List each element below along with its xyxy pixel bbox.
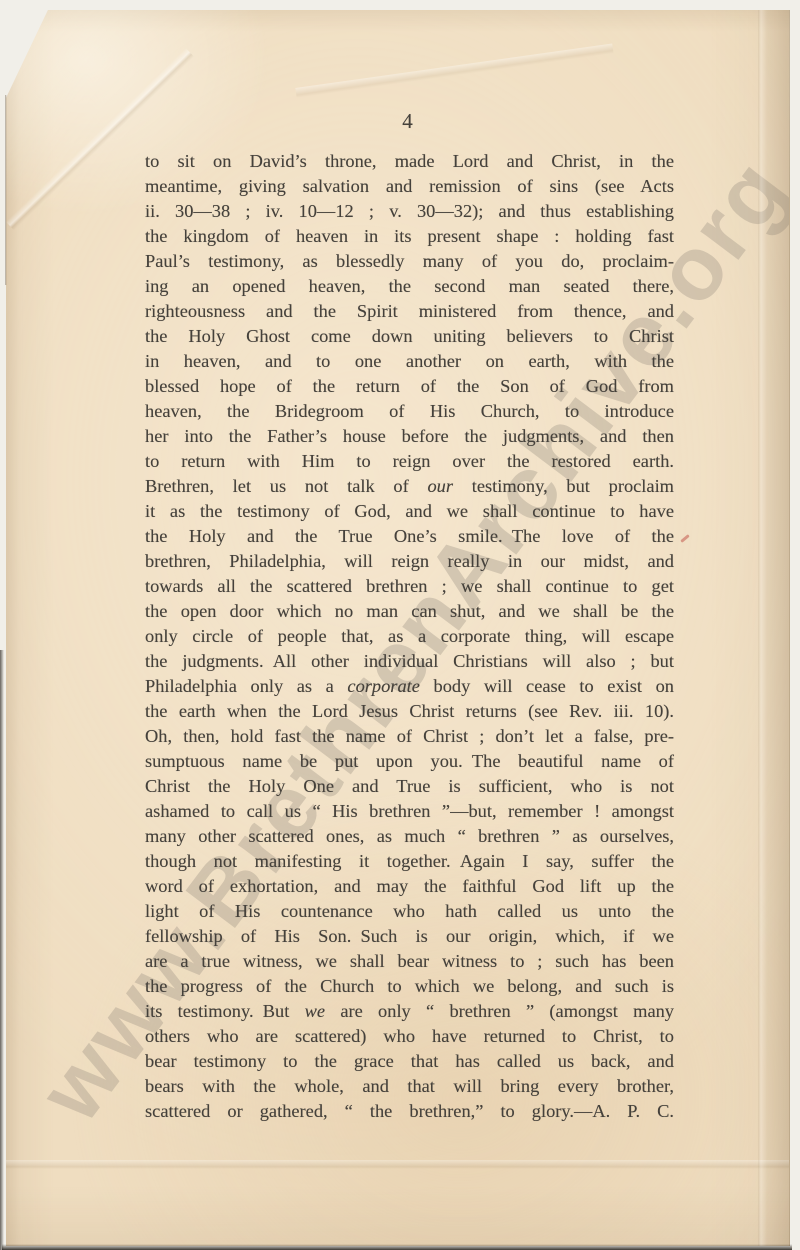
text-line: blessed hope of the return of the Son of… — [145, 374, 674, 399]
text-line: ing an opened heaven, the second man sea… — [145, 274, 674, 299]
text-line: ii. 30—38 ; iv. 10—12 ; v. 30—32); and t… — [145, 199, 674, 224]
paper-crease-bottom — [6, 1160, 789, 1169]
scan-edge-shadow-bottom — [2, 1244, 792, 1250]
text-line: Christ the Holy One and True is sufficie… — [145, 774, 674, 799]
red-pencil-mark — [680, 534, 690, 543]
text-line: the kingdom of heaven in its present sha… — [145, 224, 674, 249]
text-line: the open door which no man can shut, and… — [145, 599, 674, 624]
scanned-document: www.BrethrenArchive.org 4 to sit on Davi… — [0, 0, 800, 1250]
paper-page: www.BrethrenArchive.org 4 to sit on Davi… — [6, 10, 790, 1246]
text-line: are a true witness, we shall bear witnes… — [145, 949, 674, 974]
text-line: the Holy and the True One’s smile. The l… — [145, 524, 674, 549]
scan-edge-shadow-left — [0, 650, 4, 1250]
text-line: scattered or gathered, “ the brethren,” … — [145, 1099, 674, 1124]
text-line: word of exhortation, and may the faithfu… — [145, 874, 674, 899]
text-line: meantime, giving salvation and remission… — [145, 174, 674, 199]
text-line: light of His countenance who hath called… — [145, 899, 674, 924]
text-line: in heaven, and to one another on earth, … — [145, 349, 674, 374]
text-line: Brethren, let us not talk of our testimo… — [145, 474, 674, 499]
text-line: her into the Father’s house before the j… — [145, 424, 674, 449]
text-line: ashamed to call us “ His brethren ”—but,… — [145, 799, 674, 824]
text-line: Oh, then, hold fast the name of Christ ;… — [145, 724, 674, 749]
text-line: bears with the whole, and that will brin… — [145, 1074, 674, 1099]
text-line: Paul’s testimony, as blessedly many of y… — [145, 249, 674, 274]
text-line: Philadelphia only as a corporate body wi… — [145, 674, 674, 699]
paper-fold-right — [758, 10, 790, 1246]
text-line: to sit on David’s throne, made Lord and … — [145, 149, 674, 174]
text-line: towards all the scattered brethren ; we … — [145, 574, 674, 599]
text-line: many other scattered ones, as much “ bre… — [145, 824, 674, 849]
paper-crease-top — [295, 44, 613, 98]
text-line: heaven, the Bridegroom of His Church, to… — [145, 399, 674, 424]
text-line: it as the testimony of God, and we shall… — [145, 499, 674, 524]
paper-edge-line — [5, 95, 7, 285]
text-line: its testimony. But we are only “ brethre… — [145, 999, 674, 1024]
text-line: only circle of people that, as a corpora… — [145, 624, 674, 649]
text-line: the judgments. All other individual Chri… — [145, 649, 674, 674]
text-line: fellowship of His Son. Such is our origi… — [145, 924, 674, 949]
text-line: bear testimony to the grace that has cal… — [145, 1049, 674, 1074]
text-line: though not manifesting it together. Agai… — [145, 849, 674, 874]
text-line: the earth when the Lord Jesus Christ ret… — [145, 699, 674, 724]
text-line: sumptuous name be put upon you. The beau… — [145, 749, 674, 774]
text-line: righteousness and the Spirit ministered … — [145, 299, 674, 324]
page-text: to sit on David’s throne, made Lord and … — [145, 149, 674, 1124]
page-number: 4 — [143, 109, 672, 134]
text-line: the progress of the Church to which we b… — [145, 974, 674, 999]
text-line: brethren, Philadelphia, will reign reall… — [145, 549, 674, 574]
text-line: to return with Him to reign over the res… — [145, 449, 674, 474]
text-line: others who are scattered) who have retur… — [145, 1024, 674, 1049]
text-line: the Holy Ghost come down uniting believe… — [145, 324, 674, 349]
